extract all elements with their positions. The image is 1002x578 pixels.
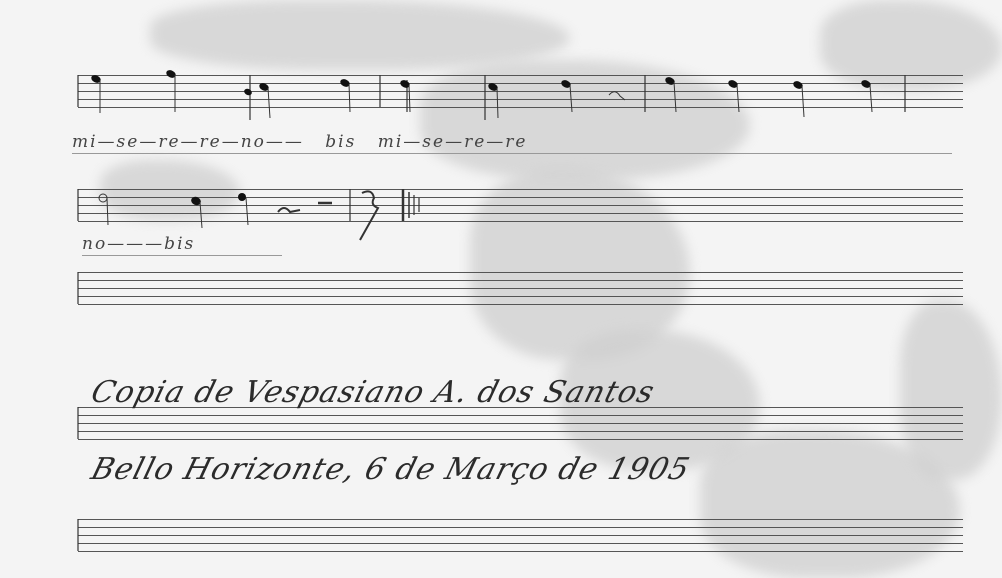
place-date-inscription: Bello Horizonte, 6 de Março de 1905	[87, 452, 694, 487]
lyrics-staff-1: mi—se—re—re—no—— bis mi—se—re—re	[72, 132, 952, 154]
copyist-inscription: Copia de Vespasiano A. dos Santos	[87, 375, 658, 410]
music-notation	[0, 0, 1002, 578]
manuscript-page: mi—se—re—re—no—— bis mi—se—re—re no———bi…	[0, 0, 1002, 578]
lyrics-staff-2: no———bis	[82, 234, 282, 256]
